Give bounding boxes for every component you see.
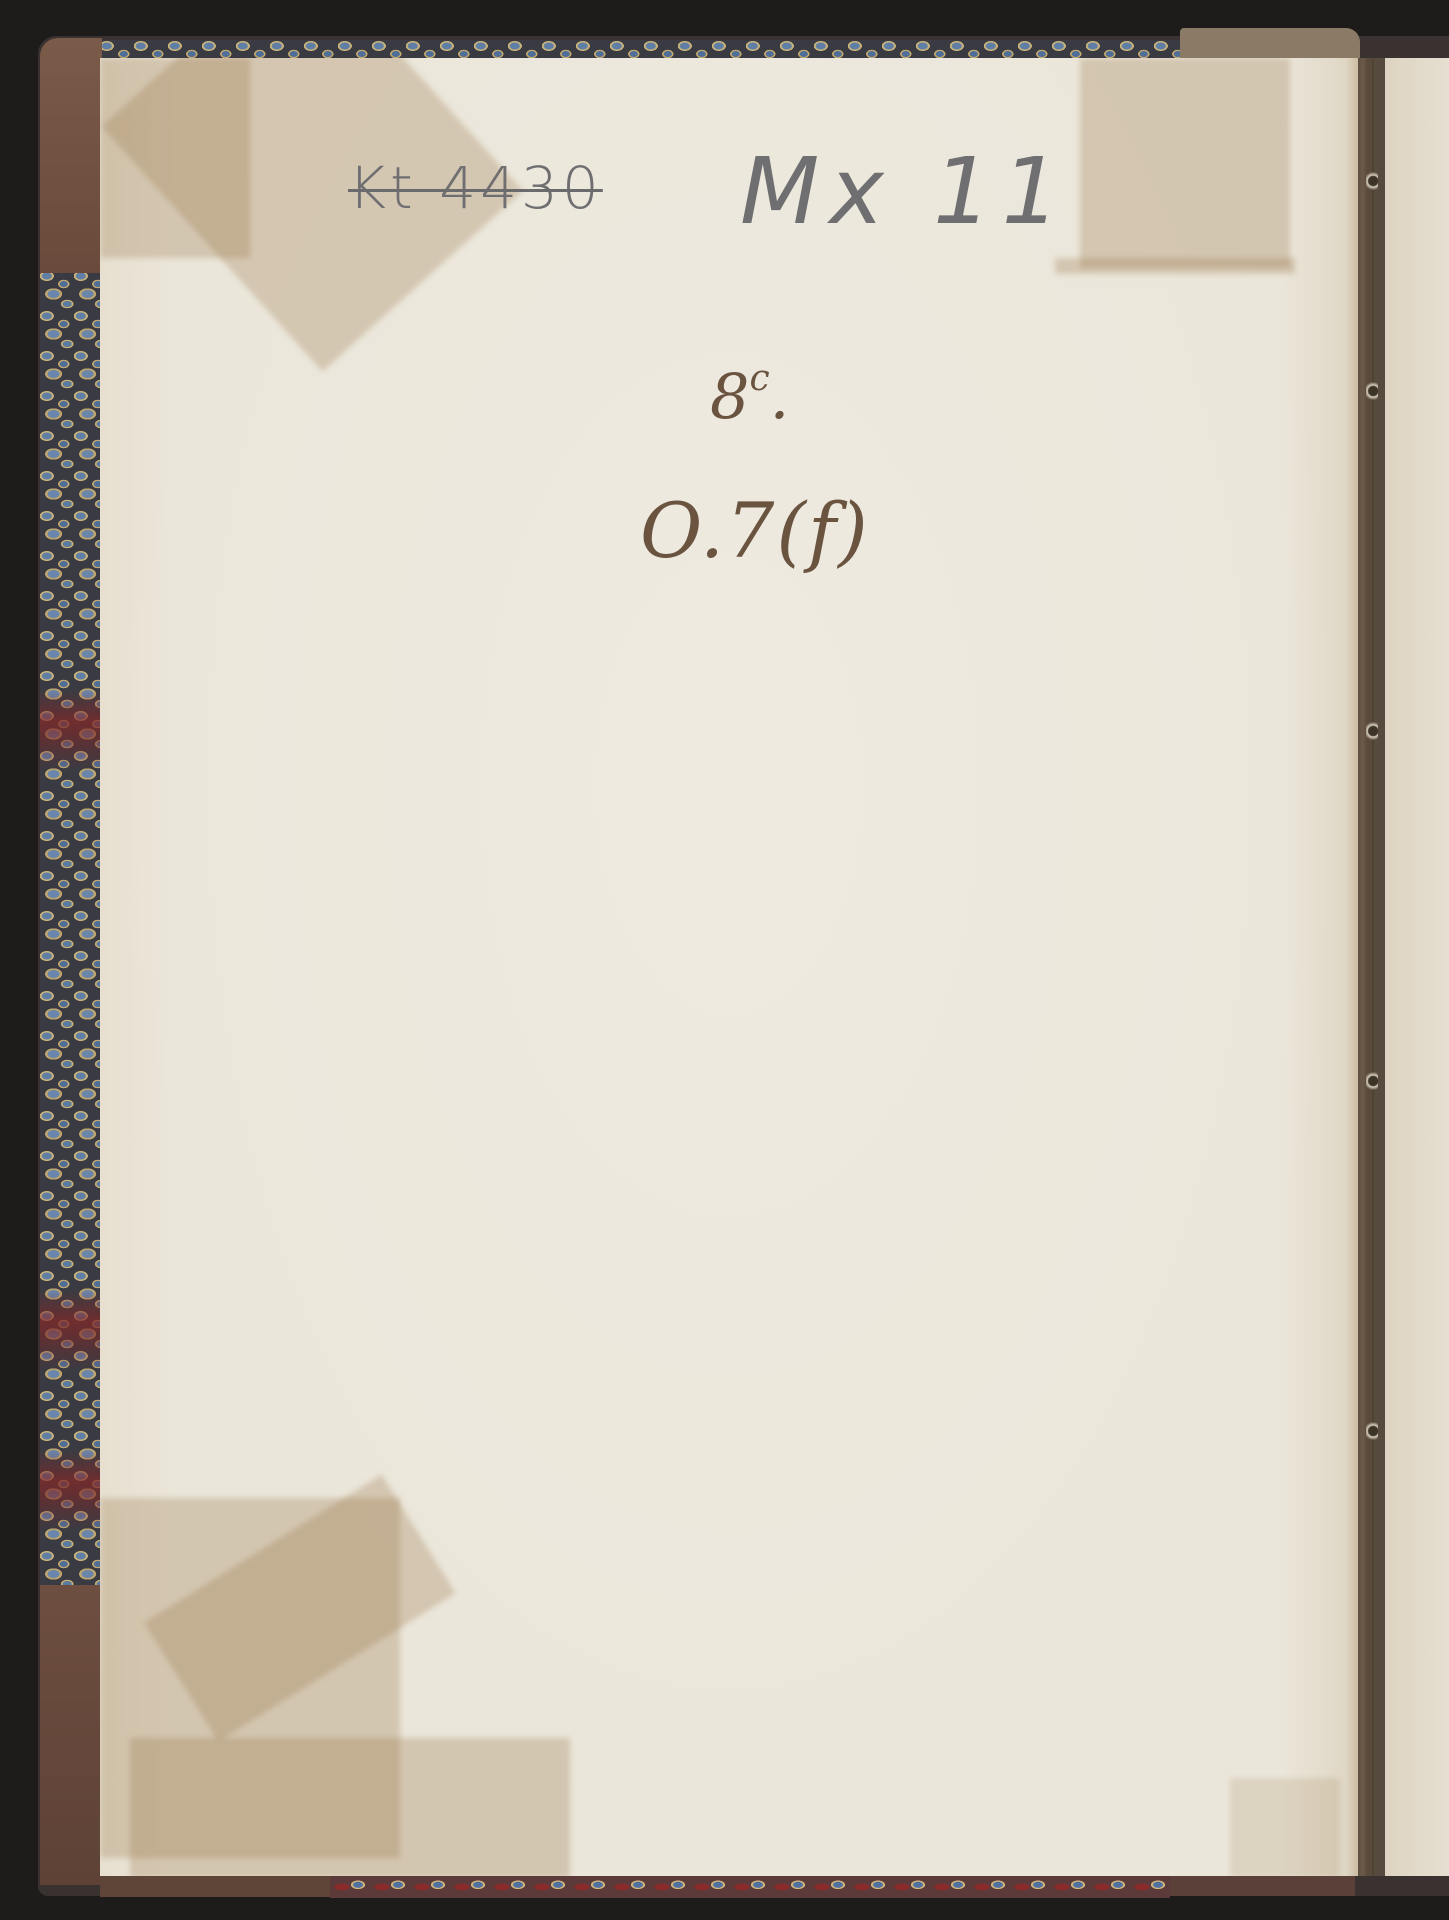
format-mark-number: 8 <box>710 360 749 433</box>
binding-stitch <box>1366 380 1378 402</box>
marble-red-vein <box>40 1290 100 1370</box>
spine-gutter-shadow <box>1345 58 1385 1876</box>
marble-red-vein <box>40 690 100 770</box>
leather-corner-top-left <box>40 38 102 273</box>
binding-stitch <box>1366 1420 1378 1442</box>
format-mark-dot: . <box>770 360 790 433</box>
flyleaf-page: Kt 4430 Mx 11 8c. O.7(f) <box>100 58 1358 1876</box>
format-mark-superscript: c <box>749 358 769 399</box>
old-shelfmark-struck: Kt 4430 <box>348 154 603 222</box>
tape-stain-top-left-inner <box>100 58 250 258</box>
binding-stitch <box>1366 170 1378 192</box>
marbled-edge-left <box>40 270 100 1590</box>
spine-head-cap <box>1180 28 1360 58</box>
binding-stitch <box>1366 1070 1378 1092</box>
stain-bottom-right <box>1230 1778 1340 1876</box>
call-number-mark: O.7(f) <box>640 486 870 575</box>
leather-corner-bottom-left <box>40 1585 102 1885</box>
tape-stain-top-right-edge <box>1055 258 1295 274</box>
new-shelfmark: Mx 11 <box>740 138 1070 245</box>
marble-red-vein <box>40 1450 100 1530</box>
marbled-edge-bottom <box>330 1876 1170 1898</box>
spine-fold-line <box>1372 58 1374 1876</box>
marbled-edge-top <box>100 40 1180 60</box>
leather-strip-bottom <box>100 1875 330 1897</box>
binding-stitch <box>1366 720 1378 742</box>
tape-stain-top-right <box>1080 58 1290 268</box>
format-mark: 8c. <box>710 358 789 433</box>
facing-page-edge <box>1385 58 1449 1876</box>
tape-stain-bottom-band <box>130 1738 570 1876</box>
